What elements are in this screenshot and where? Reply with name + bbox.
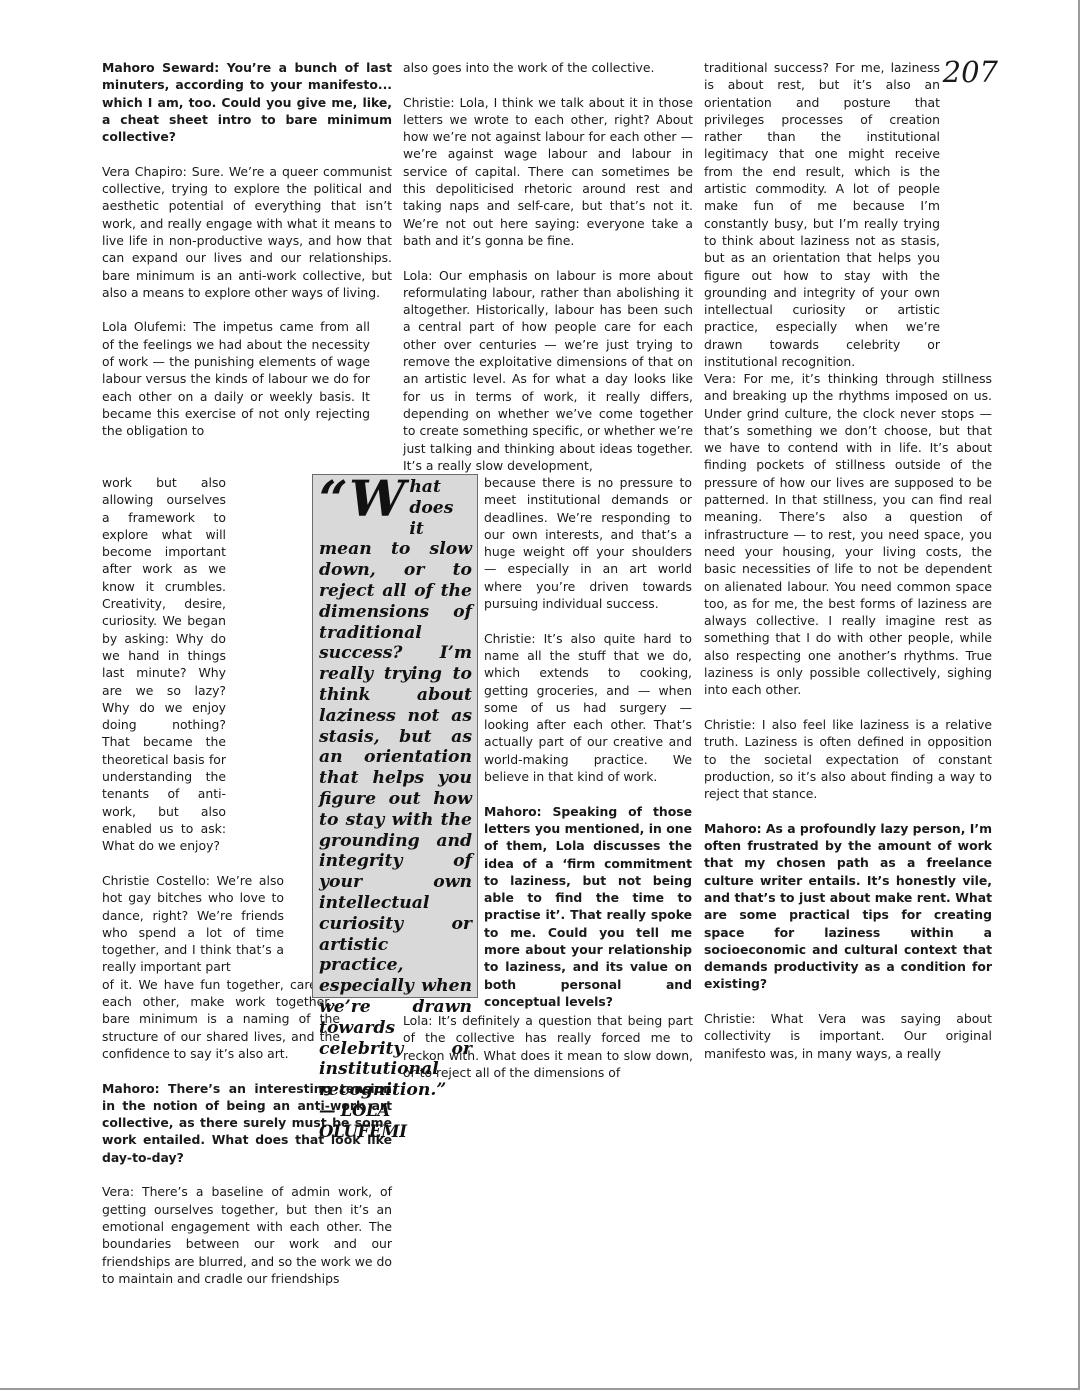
interview-answer: Lola: Our emphasis on labour is more abo… xyxy=(403,267,693,475)
interview-answer-continued: work but also allowing ourselves a frame… xyxy=(102,474,226,855)
column-1: Mahoro Seward: You’re a bunch of last mi… xyxy=(102,59,392,440)
pull-quote: “What does it mean to slow down, or to r… xyxy=(312,474,478,998)
interview-answer: Christie Costello: We’re also hot gay bi… xyxy=(102,872,284,976)
interview-answer: Christie: It’s also quite hard to name a… xyxy=(484,630,692,786)
column-3-middle: Vera: For me, it’s thinking through stil… xyxy=(704,370,992,1062)
pull-quote-attribution: — LOLA OLUFEMI xyxy=(319,1101,472,1143)
interview-answer: Lola Olufemi: The impetus came from all … xyxy=(102,318,370,439)
column-2: also goes into the work of the collectiv… xyxy=(403,59,693,474)
interview-question: Mahoro: As a profoundly lazy person, I’m… xyxy=(704,820,992,993)
interview-answer-continued: traditional success? For me, laziness is… xyxy=(704,59,940,370)
interview-answer: Christie: I also feel like laziness is a… xyxy=(704,716,992,802)
interview-answer: Christie: Lola, I think we talk about it… xyxy=(403,94,693,250)
column-1-wrap: work but also allowing ourselves a frame… xyxy=(102,474,259,872)
interview-answer: Vera Chapiro: Sure. We’re a queer commun… xyxy=(102,163,392,301)
interview-answer-continued: because there is no pressure to meet ins… xyxy=(484,474,692,612)
interview-question: Mahoro: Speaking of those letters you me… xyxy=(484,803,692,1011)
column-3: traditional success? For me, laziness is… xyxy=(704,59,992,388)
interview-answer: Vera: For me, it’s thinking through stil… xyxy=(704,370,992,699)
pull-quote-text: hat does it mean to slow down, or to rej… xyxy=(319,477,472,1100)
pull-quote-dropcap: “W xyxy=(319,479,405,519)
column-2-beside-quote: because there is no pressure to meet ins… xyxy=(484,474,692,1010)
interview-answer-continued: also goes into the work of the collectiv… xyxy=(403,59,693,76)
interview-question: Mahoro Seward: You’re a bunch of last mi… xyxy=(102,59,392,145)
interview-answer-continued: of it. We have fun together, care for ea… xyxy=(102,976,340,1062)
interview-answer: Christie: What Vera was saying about col… xyxy=(704,1010,992,1062)
interview-answer: Vera: There’s a baseline of admin work, … xyxy=(102,1183,392,1287)
